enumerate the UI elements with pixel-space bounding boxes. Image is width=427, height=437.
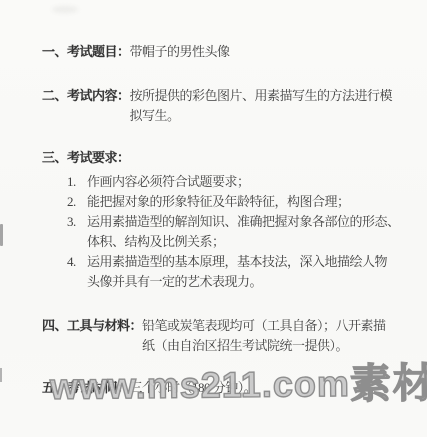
text-line: 铅笔或炭笔表现均可（工具自备）；八开素描 xyxy=(142,316,393,336)
scan-edge-artifact xyxy=(0,224,3,246)
text-line: 按所提供的彩色图片、用素描写生的方法进行模 xyxy=(130,86,393,106)
section-exam-content: 二、 考试内容： 按所提供的彩色图片、用素描写生的方法进行模 拟写生。 xyxy=(42,86,393,126)
list-item-text: 运用素描造型的基本原理，基本技法，深入地描绘人物 头像并具有一定的艺术表现力。 xyxy=(87,252,393,292)
section-number: 五、 xyxy=(42,378,67,398)
text-line: 体积、结构及比例关系； xyxy=(87,232,400,252)
text-line: 三个小时（180 分钟）。 xyxy=(130,378,393,398)
list-item-text: 作画内容必须符合试题要求； xyxy=(87,172,393,192)
text-line: 作画内容必须符合试题要求； xyxy=(87,172,393,192)
scan-edge-artifact xyxy=(0,368,2,382)
section-exam-requirements: 三、 考试要求： 1. 作画内容必须符合试题要求； 2. 能把握对象的形象特征及… xyxy=(42,148,393,292)
section-heading-row: 三、 考试要求： xyxy=(42,148,393,168)
text-line: 运用素描造型的基本原理，基本技法，深入地描绘人物 xyxy=(87,252,393,272)
section-tools-materials: 四、 工具与材料： 铅笔或炭笔表现均可（工具自备）；八开素描 纸（由自治区招生考… xyxy=(42,316,393,356)
section-content: 三个小时（180 分钟）。 xyxy=(130,378,393,398)
text-line: 纸（由自治区招生考试院统一提供）。 xyxy=(142,336,393,356)
list-item: 4. 运用素描造型的基本原理，基本技法，深入地描绘人物 头像并具有一定的艺术表现… xyxy=(67,252,393,292)
list-item-number: 3. xyxy=(67,212,87,232)
list-item: 3. 运用素描造型的解剖知识、准确把握对象各部位的形态、 体积、结构及比例关系； xyxy=(67,212,393,252)
section-heading: 考试要求： xyxy=(67,148,130,168)
list-item: 1. 作画内容必须符合试题要求； xyxy=(67,172,393,192)
text-line: 拟写生。 xyxy=(130,106,393,126)
scan-smudge-artifact xyxy=(52,6,78,13)
section-content: 带帽子的男性头像 xyxy=(130,42,393,62)
section-number: 三、 xyxy=(42,148,67,168)
section-heading: 考试时间： xyxy=(67,378,130,398)
section-number: 四、 xyxy=(42,316,67,336)
text-line: 带帽子的男性头像 xyxy=(130,42,393,62)
section-number: 一、 xyxy=(42,42,67,62)
section-exam-topic: 一、 考试题目： 带帽子的男性头像 xyxy=(42,42,393,62)
list-item-text: 能把握对象的形象特征及年龄特征，构图合理； xyxy=(87,192,393,212)
section-heading: 工具与材料： xyxy=(67,316,142,336)
section-heading: 考试内容： xyxy=(67,86,130,106)
text-line: 能把握对象的形象特征及年龄特征，构图合理； xyxy=(87,192,393,212)
section-content: 按所提供的彩色图片、用素描写生的方法进行模 拟写生。 xyxy=(130,86,393,126)
document-body: 一、 考试题目： 带帽子的男性头像 二、 考试内容： 按所提供的彩色图片、用素描… xyxy=(42,42,393,398)
text-line: 头像并具有一定的艺术表现力。 xyxy=(87,272,393,292)
section-number: 二、 xyxy=(42,86,67,106)
scanned-exam-document-page: 一、 考试题目： 带帽子的男性头像 二、 考试内容： 按所提供的彩色图片、用素描… xyxy=(0,0,427,437)
section-exam-duration: 五、 考试时间： 三个小时（180 分钟）。 xyxy=(42,378,393,398)
list-item-number: 2. xyxy=(67,192,87,212)
text-line: 运用素描造型的解剖知识、准确把握对象各部位的形态、 xyxy=(87,212,400,232)
section-content: 铅笔或炭笔表现均可（工具自备）；八开素描 纸（由自治区招生考试院统一提供）。 xyxy=(142,316,393,356)
list-item: 2. 能把握对象的形象特征及年龄特征，构图合理； xyxy=(67,192,393,212)
section-heading: 考试题目： xyxy=(67,42,130,62)
list-item-number: 4. xyxy=(67,252,87,272)
list-item-text: 运用素描造型的解剖知识、准确把握对象各部位的形态、 体积、结构及比例关系； xyxy=(87,212,400,252)
requirements-list: 1. 作画内容必须符合试题要求； 2. 能把握对象的形象特征及年龄特征，构图合理… xyxy=(67,172,393,292)
list-item-number: 1. xyxy=(67,172,87,192)
